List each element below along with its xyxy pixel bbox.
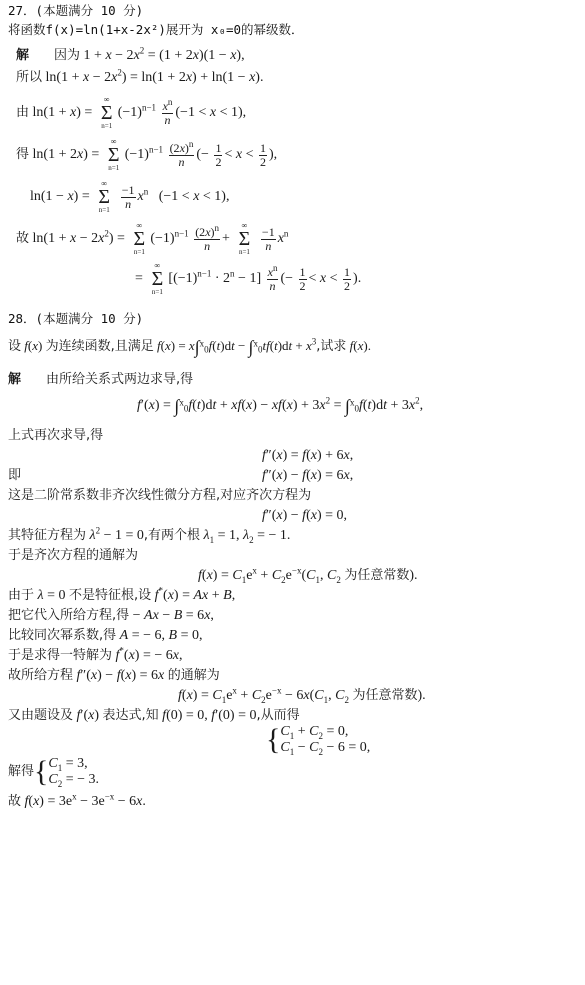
- p28-solve: 解得{ C1 = 3, C2 = − 3.: [8, 756, 99, 788]
- p28-particular: 于是求得一特解为 f*(x) = − 6x,: [8, 648, 182, 664]
- left-brace: {: [266, 723, 280, 756]
- p28-substitute: 把它代入所给方程,得 − Ax − B = 6x,: [8, 608, 214, 624]
- p28-ode: f″(x) − f(x) = 6x,: [262, 468, 353, 484]
- p28-compare: 比较同次幂系数,得 A = − 6, B = 0,: [8, 628, 202, 644]
- p27-series-ln1mx: ln(1 − x) = ∞Σn=1 −1nxn (−1 < x < 1),: [30, 180, 229, 214]
- p28-system: { C1 + C2 = 0, C1 − C2 − 6 = 0,: [266, 724, 370, 756]
- p27-series-ln1px: 由 ln(1 + x) = ∞Σn=1(−1)n−1 xnn(−1 < x < …: [16, 96, 246, 130]
- p28-general-solution: f(x) = C1ex + C2e−x − 6x(C1, C2 为任意常数).: [178, 688, 426, 704]
- p28-homog-solution: f(x) = C1ex + C2e−x(C1, C2 为任意常数).: [198, 568, 418, 584]
- p28-ie: 即: [8, 468, 21, 484]
- p28-lambda0: 由于 λ = 0 不是特征根,设 f*(x) = Ax + B,: [8, 588, 235, 604]
- problem-28-statement: 设 f(x) 为连续函数,且满足 f(x) = x∫x0f(t)dt − ∫x0…: [8, 338, 371, 356]
- p27-combined: 故 ln(1 + x − 2x2) = ∞Σn=1(−1)n−1 (2x)nn+…: [16, 222, 288, 256]
- sum-symbol: ∞Σn=1: [97, 96, 117, 130]
- solution-label: 解: [16, 48, 29, 63]
- problem-28-header: 28．(本题满分 10 分): [8, 311, 143, 327]
- left-brace: {: [34, 755, 48, 788]
- p28-again: 上式再次求导,得: [8, 428, 103, 444]
- p28-general-intro: 故所给方程 f″(x) − f(x) = 6x 的通解为: [8, 668, 220, 684]
- p27-solution-line-1: 解 因为 1 + x − 2x2 = (1 + 2x)(1 − x),: [16, 48, 245, 64]
- p27-series-ln1p2x: 得 ln(1 + 2x) = ∞Σn=1(−1)n−1 (2x)nn(− 12<…: [16, 138, 277, 172]
- p27-solution-line-2: 所以 ln(1 + x − 2x2) = ln(1 + 2x) + ln(1 −…: [16, 70, 263, 86]
- p28-char-eq: 其特征方程为 λ2 − 1 = 0,有两个根 λ1 = 1, λ2 = − 1.: [8, 528, 290, 544]
- p28-homog-general: 于是齐次方程的通解为: [8, 548, 138, 564]
- p28-final-answer: 故 f(x) = 3ex − 3e−x − 6x.: [8, 794, 146, 810]
- problem-27-statement: 将函数f(x)=ln(1+x-2x²)展开为 x₀=0的幂级数．: [8, 22, 304, 38]
- p28-first-derivative: f′(x) = ∫x0f(t)dt + xf(x) − xf(x) + 3x2 …: [137, 398, 423, 415]
- p28-ode-desc: 这是二阶常系数非齐次线性微分方程,对应齐次方程为: [8, 488, 311, 504]
- p28-conditions: 又由题设及 f′(x) 表达式,知 f(0) = 0, f′(0) = 0,从而…: [8, 708, 300, 724]
- problem-27-header: 27．(本题满分 10 分): [8, 3, 143, 19]
- p27-final-series: = ∞Σn=1[(−1)n−1 · 2n − 1] xnn(− 12< x < …: [135, 262, 361, 296]
- solution-label: 解: [8, 372, 21, 387]
- p28-solution-intro: 解 由所给关系式两边求导,得: [8, 372, 193, 388]
- p28-homog-eq: f″(x) − f(x) = 0,: [262, 508, 347, 524]
- p28-second-derivative: f″(x) = f(x) + 6x,: [262, 448, 353, 464]
